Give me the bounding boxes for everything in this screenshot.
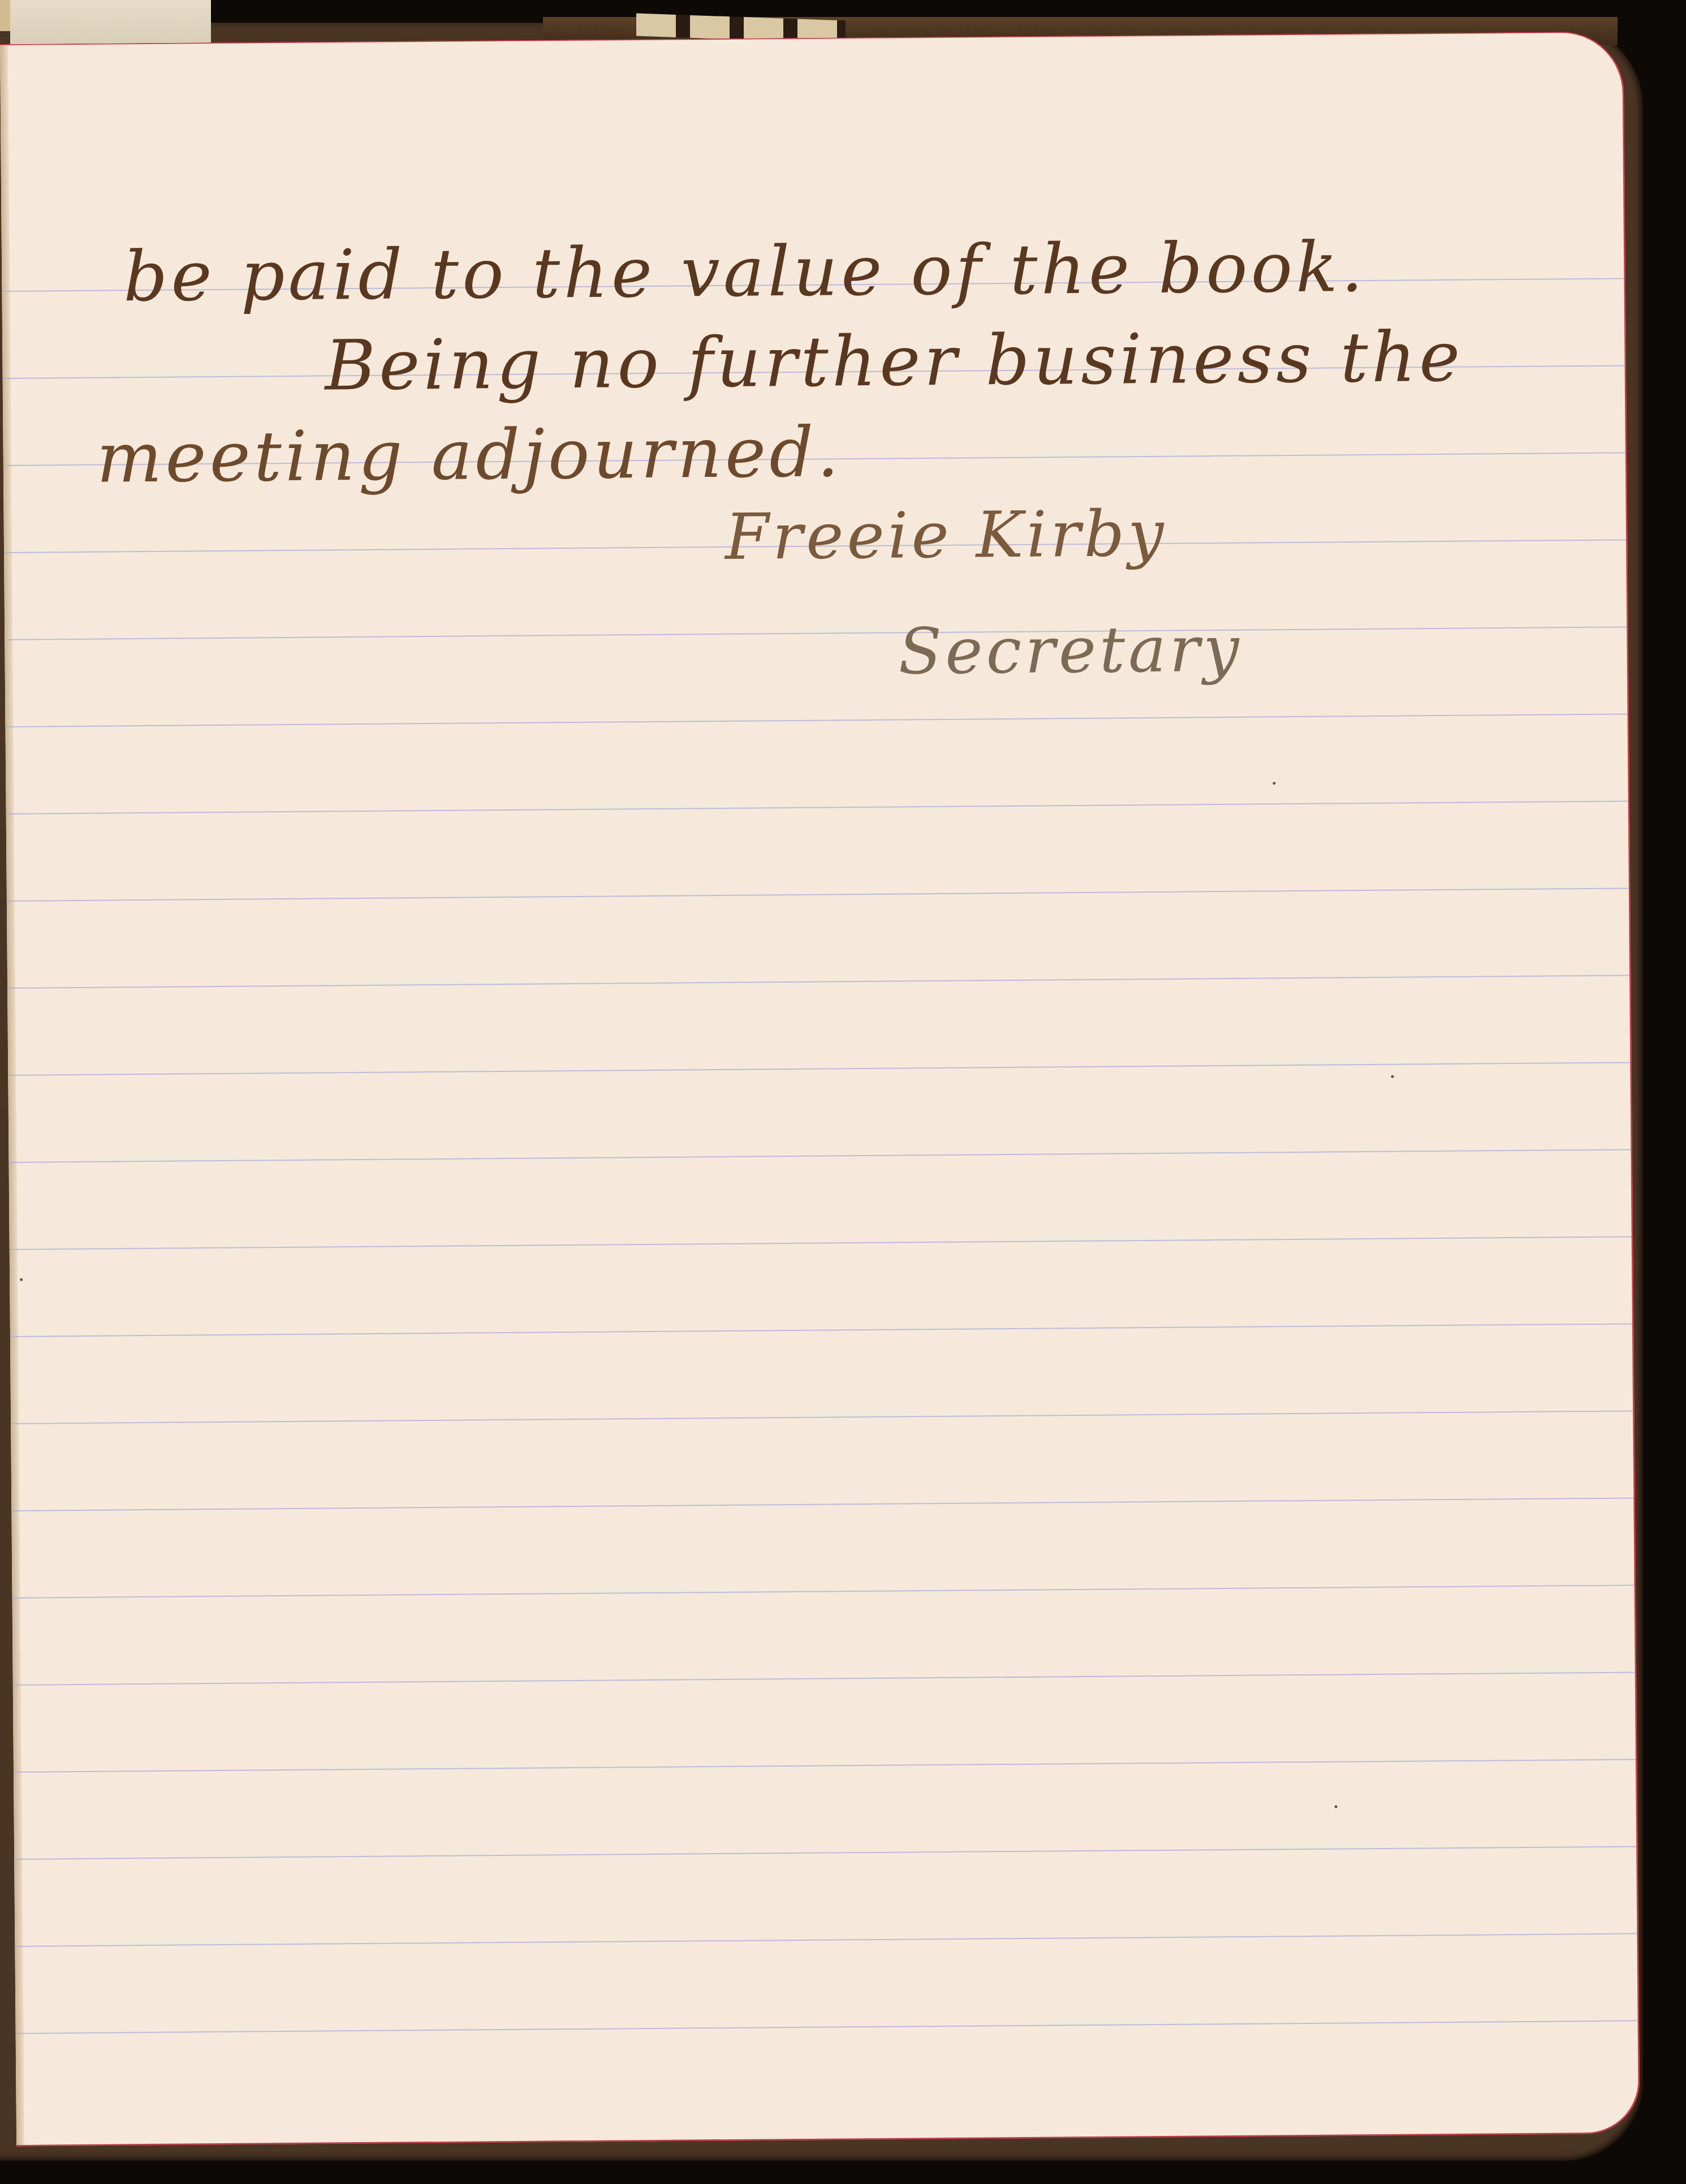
ruled-line [15, 1933, 1637, 1947]
ruled-line [5, 626, 1627, 640]
ruled-line [8, 1062, 1630, 1076]
torn-paper-scrap [0, 0, 10, 31]
ruled-line [14, 1759, 1636, 1773]
ruled-line [10, 1323, 1632, 1337]
ruled-line [9, 1149, 1631, 1163]
ruled-line [7, 888, 1629, 902]
entry-line-3: meeting adjourned. [96, 412, 842, 498]
signature-title: Secretary [898, 613, 1243, 689]
ruled-line [13, 1672, 1635, 1686]
entry-line-1: be paid to the value of the book. [123, 227, 1367, 317]
ruled-line [14, 1846, 1636, 1860]
ruled-line [11, 1497, 1633, 1511]
ruled-line [7, 975, 1629, 989]
ruled-line [5, 713, 1627, 727]
ledger-page: be paid to the value of the book. Being … [0, 31, 1640, 2146]
ruled-line [6, 800, 1628, 815]
signature-name: Freeie Kirby [725, 497, 1167, 574]
ruled-line [16, 2020, 1638, 2034]
ruled-line [11, 1410, 1633, 1424]
entry-line-2: Being no further business the [325, 317, 1464, 406]
ruled-line [12, 1584, 1635, 1599]
torn-label-strip [10, 0, 211, 49]
ruled-line [10, 1236, 1632, 1250]
